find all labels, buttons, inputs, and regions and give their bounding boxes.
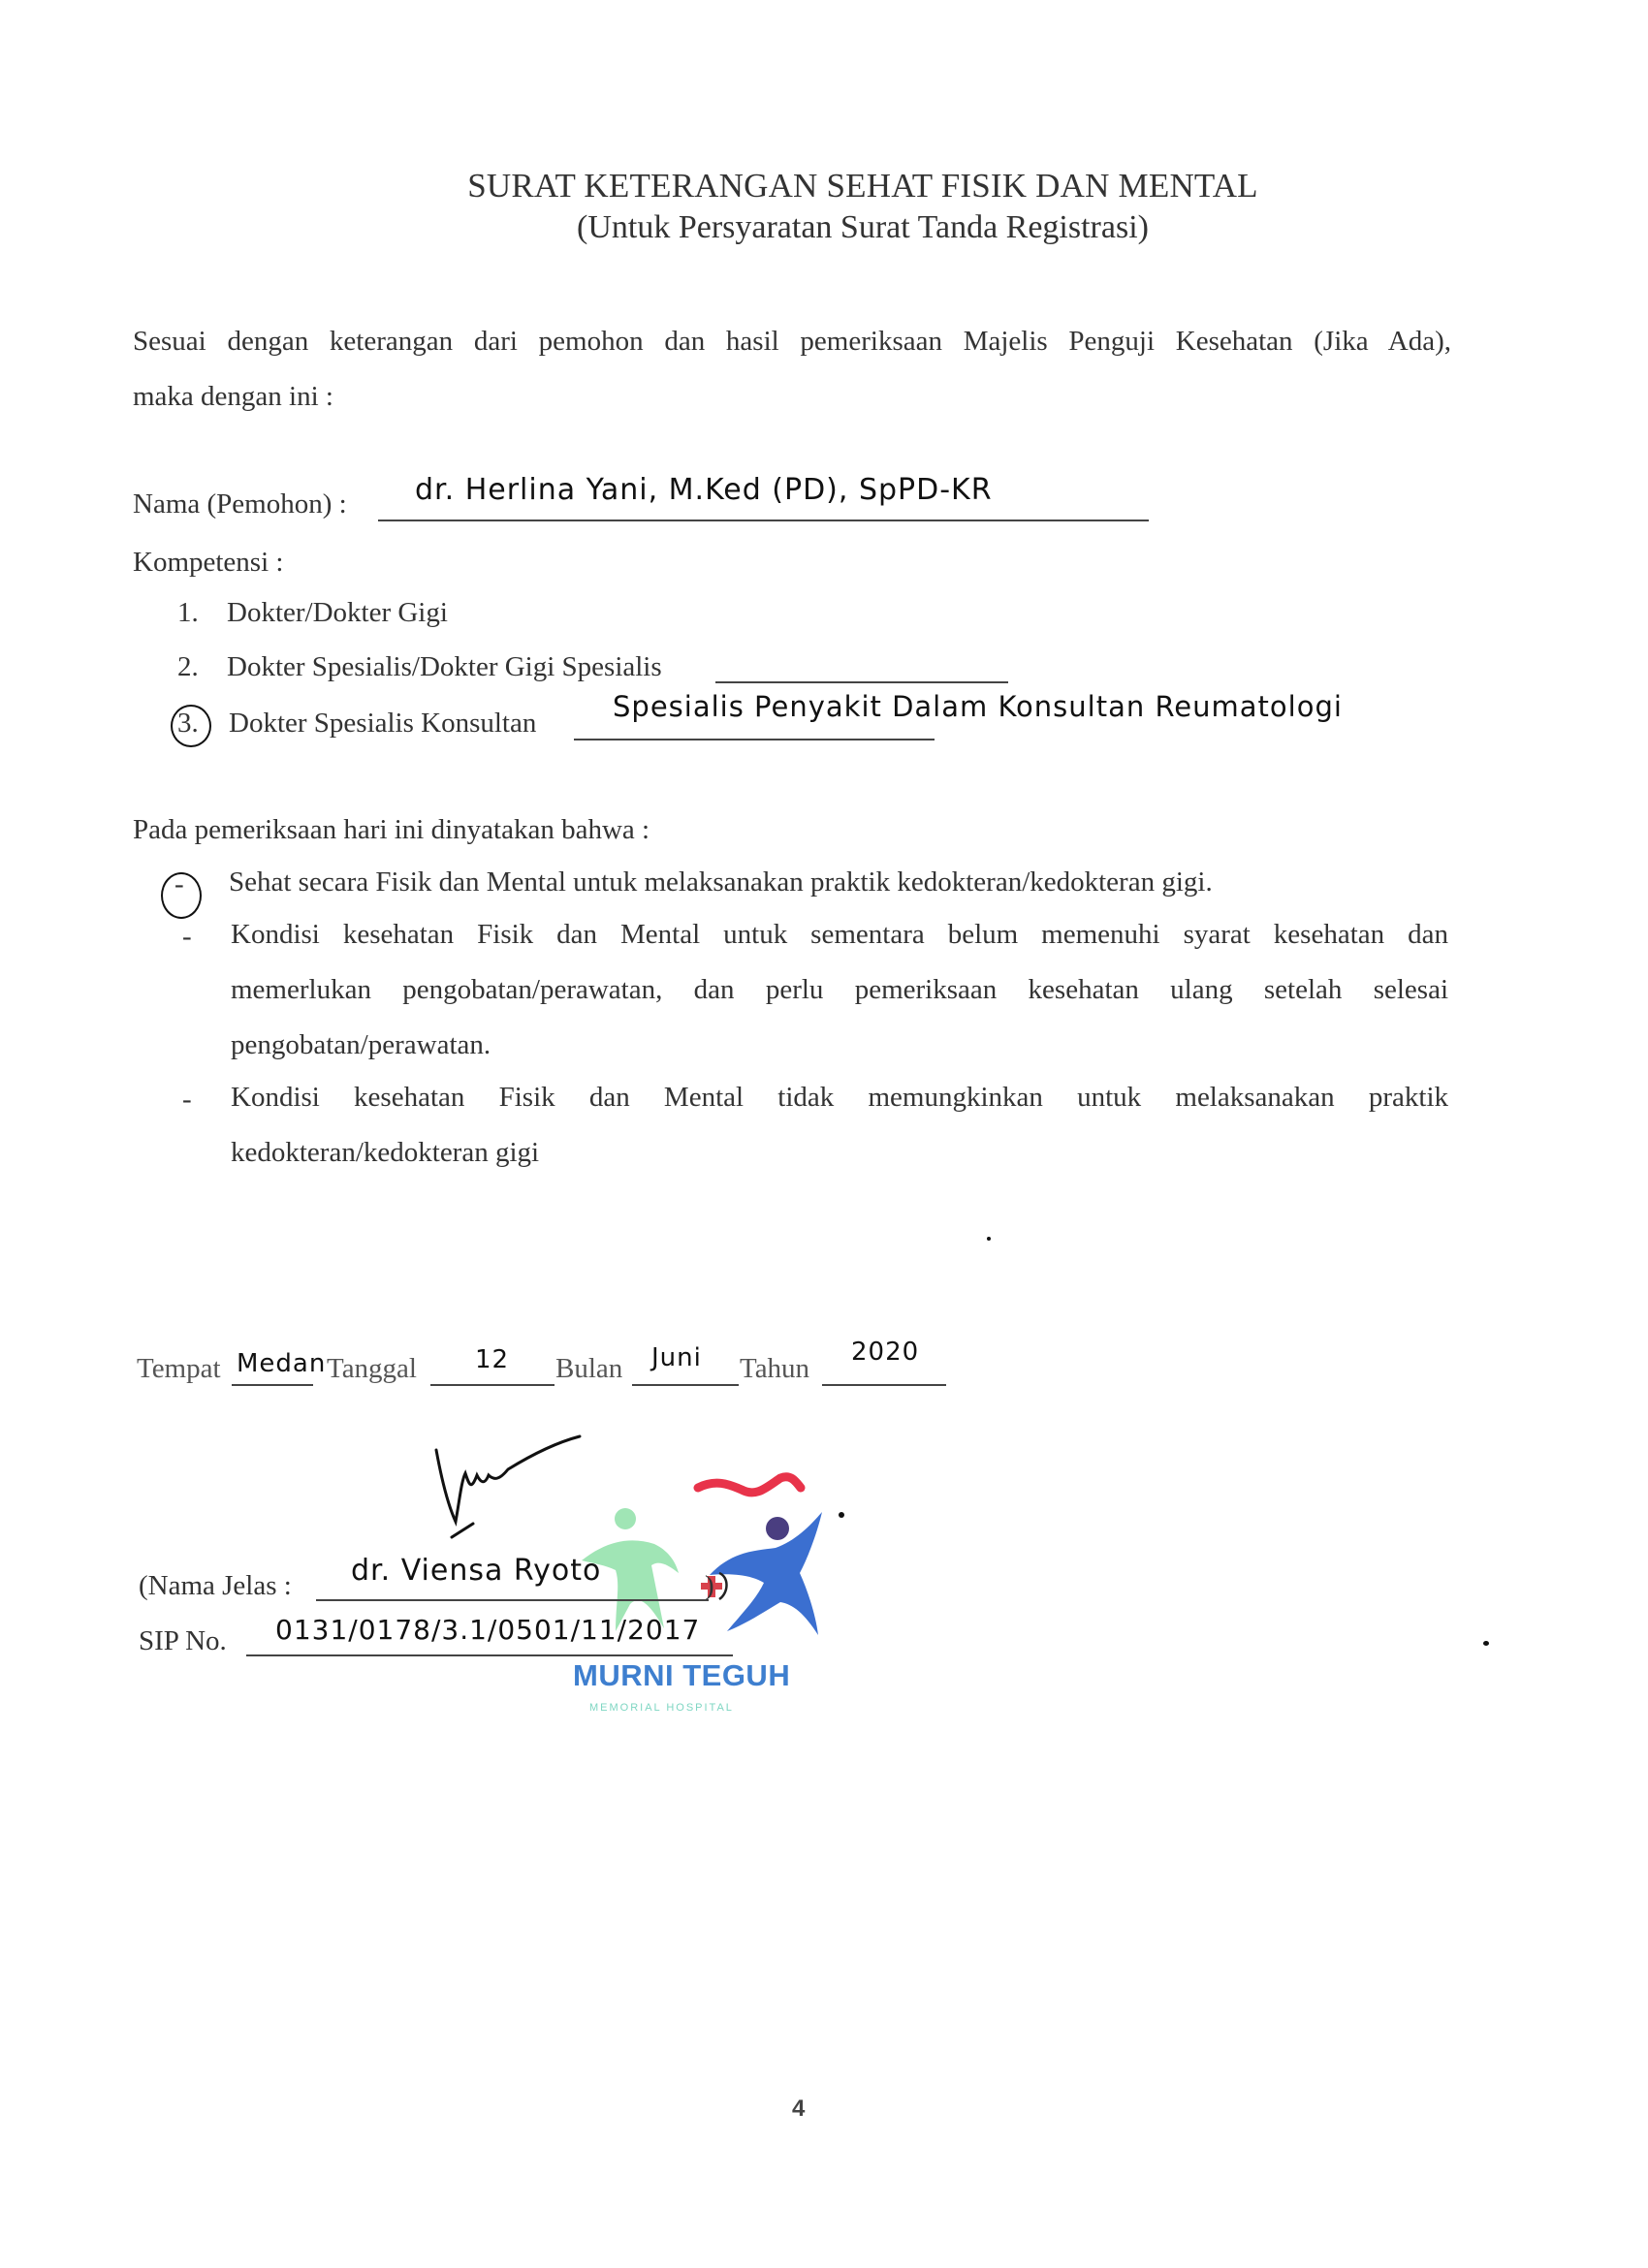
competency-item-1-number: 1. bbox=[177, 597, 199, 629]
intro-line-1: Sesuai dengan keterangan dari pemohon da… bbox=[133, 326, 1451, 358]
place-value[interactable]: Medan bbox=[237, 1349, 326, 1378]
stamp-hospital-name: MURNI TEGUH bbox=[573, 1658, 790, 1693]
applicant-name-value[interactable]: dr. Herlina Yani, M.Ked (PD), SpPD-KR bbox=[415, 473, 993, 507]
scan-speck bbox=[839, 1512, 844, 1518]
intro-line-2: maka dengan ini : bbox=[133, 381, 333, 413]
month-underline bbox=[632, 1384, 739, 1386]
signatory-name-label: (Nama Jelas : bbox=[139, 1570, 292, 1602]
competency-item-2-number: 2. bbox=[177, 651, 199, 683]
applicant-underline bbox=[378, 520, 1149, 521]
exam-option-3-line-2[interactable]: kedokteran/kedokteran gigi bbox=[231, 1137, 539, 1169]
document-subtitle: (Untuk Persyaratan Surat Tanda Registras… bbox=[0, 209, 1648, 246]
sip-underline bbox=[246, 1654, 733, 1656]
place-underline bbox=[232, 1384, 313, 1386]
exam-option-2-marker: - bbox=[182, 921, 192, 953]
competency-item-2-label[interactable]: Dokter Spesialis/Dokter Gigi Spesialis bbox=[227, 651, 662, 683]
stamp-hospital-subtitle: MEMORIAL HOSPITAL bbox=[589, 1702, 734, 1714]
year-label: Tahun bbox=[740, 1353, 809, 1385]
page-number: 4 bbox=[792, 2095, 805, 2123]
signatory-name-close: ) bbox=[705, 1570, 714, 1602]
scan-speck bbox=[987, 1237, 991, 1241]
competency-label: Kompetensi : bbox=[133, 547, 283, 579]
competency-item-3-value[interactable]: Spesialis Penyakit Dalam Konsultan Reuma… bbox=[613, 690, 1343, 723]
signatory-name-value[interactable]: dr. Viensa Ryoto bbox=[351, 1554, 601, 1588]
sip-number-value[interactable]: 0131/0178/3.1/0501/11/2017 bbox=[275, 1614, 700, 1646]
competency-item-2-underline bbox=[715, 681, 1008, 683]
competency-item-1-label[interactable]: Dokter/Dokter Gigi bbox=[227, 597, 448, 629]
competency-item-3-underline bbox=[574, 739, 935, 740]
scan-speck bbox=[1483, 1641, 1489, 1646]
competency-item-3-number: 3. bbox=[177, 708, 199, 740]
exam-label: Pada pemeriksaan hari ini dinyatakan bah… bbox=[133, 814, 650, 846]
place-label: Tempat bbox=[137, 1353, 221, 1385]
date-underline bbox=[430, 1384, 555, 1386]
exam-option-2-line-2[interactable]: memerlukan pengobatan/perawatan, dan per… bbox=[231, 974, 1448, 1006]
year-underline bbox=[822, 1384, 946, 1386]
date-value[interactable]: 12 bbox=[475, 1345, 509, 1374]
document-title: SURAT KETERANGAN SEHAT FISIK DAN MENTAL bbox=[0, 167, 1648, 205]
applicant-label: Nama (Pemohon) : bbox=[133, 488, 347, 520]
year-value[interactable]: 2020 bbox=[851, 1338, 919, 1367]
date-label: Tanggal bbox=[327, 1353, 417, 1385]
exam-option-3-line-1[interactable]: Kondisi kesehatan Fisik dan Mental tidak… bbox=[231, 1082, 1448, 1114]
signatory-name-underline bbox=[316, 1599, 709, 1601]
month-value[interactable]: Juni bbox=[651, 1343, 702, 1372]
exam-option-2-line-3[interactable]: pengobatan/perawatan. bbox=[231, 1029, 491, 1061]
month-label: Bulan bbox=[555, 1353, 622, 1385]
exam-option-1-text[interactable]: Sehat secara Fisik dan Mental untuk mela… bbox=[229, 866, 1213, 898]
sip-label: SIP No. bbox=[139, 1625, 227, 1657]
exam-option-2-line-1[interactable]: Kondisi kesehatan Fisik dan Mental untuk… bbox=[231, 919, 1448, 951]
competency-item-3-label[interactable]: Dokter Spesialis Konsultan bbox=[229, 708, 536, 740]
exam-option-3-marker: - bbox=[182, 1084, 192, 1116]
exam-option-1-marker: - bbox=[174, 868, 184, 900]
